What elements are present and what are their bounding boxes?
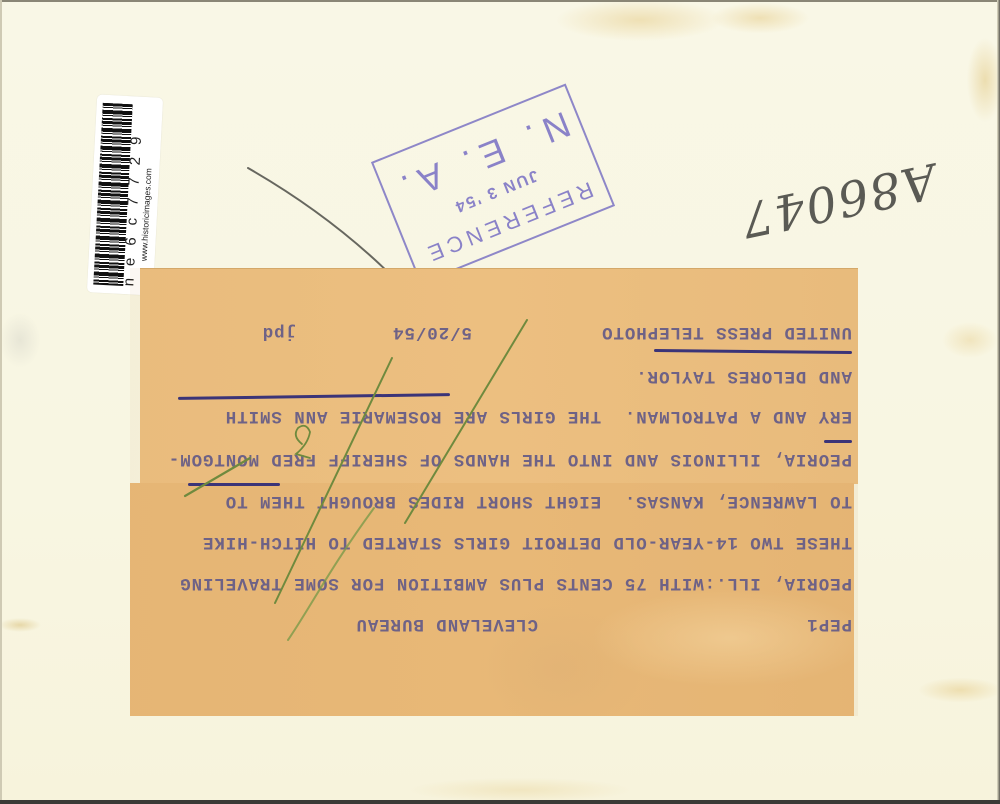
barcode-sticker: ne6c7729 www.historicimages.com (87, 94, 163, 295)
handwritten-annotation (296, 426, 310, 458)
crayon-marks (130, 268, 858, 716)
caption-slip: PEP1 CLEVELAND BUREAU PEORIA, ILL.:WITH … (130, 268, 858, 716)
